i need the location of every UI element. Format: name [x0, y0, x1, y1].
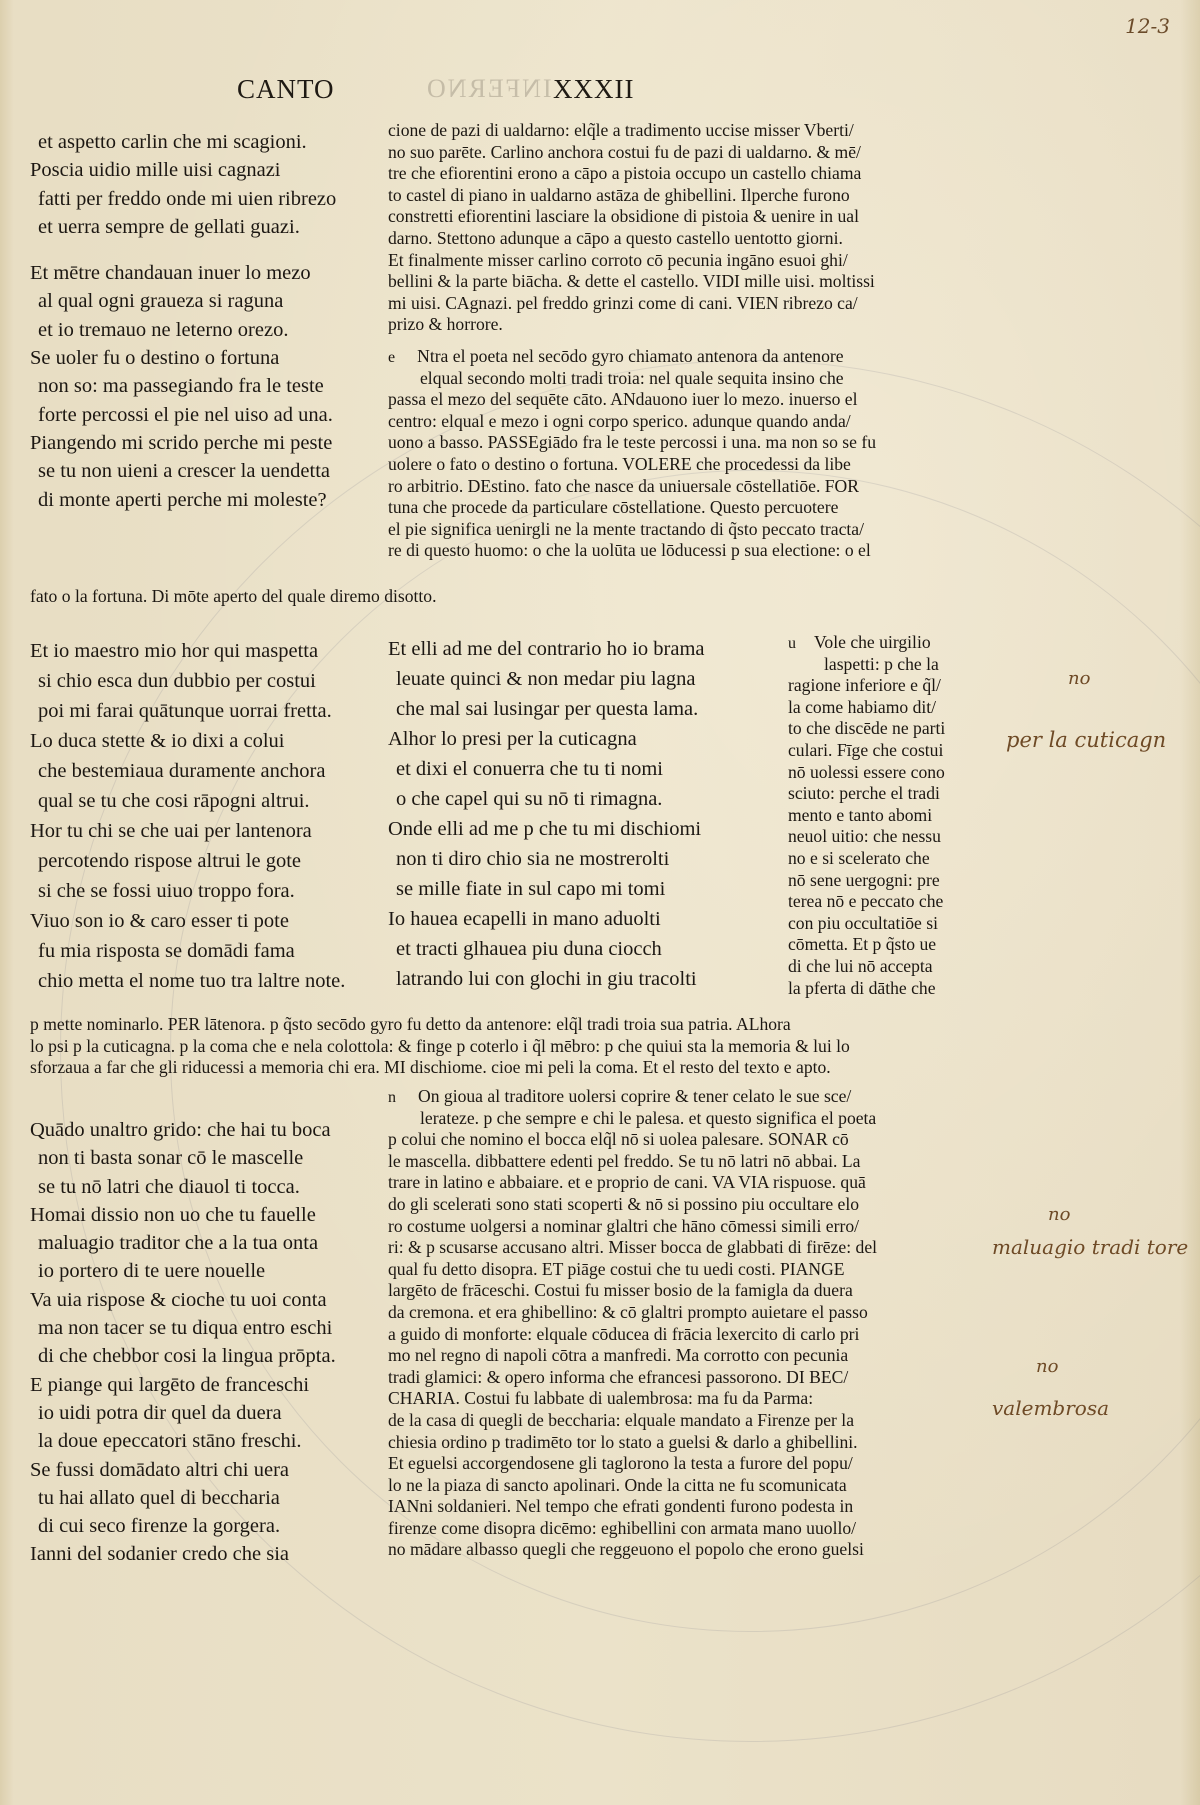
verse-line: ma non tacer se tu diqua entro eschi	[30, 1314, 336, 1342]
commentary-line: ro arbitrio. DEstino. fato che nasce da …	[388, 476, 876, 498]
guide-letter: n	[388, 1089, 396, 1106]
commentary-line: firenze come disopra dicēmo: eghibellini…	[388, 1518, 877, 1540]
verse-line: fatti per freddo onde mi uien ribrezo	[30, 185, 336, 213]
verse-line: percotendo rispose altrui le gote	[30, 846, 345, 876]
verse-line: Poscia uidio mille uisi cagnazi	[30, 156, 336, 184]
verse-line: o che capel qui su nō ti rimagna.	[388, 784, 705, 814]
commentary-line: sciuto: perche el tradi	[788, 783, 945, 805]
marginal-note-abbrev: no	[1036, 1356, 1058, 1377]
verse-line: Et io maestro mio hor qui maspetta	[30, 636, 345, 666]
verse-line: et dixi el conuerra che tu ti nomi	[388, 754, 705, 784]
commentary-line: lo ne la piaza di sancto apolinari. Onde…	[388, 1475, 877, 1497]
commentary-line: constretti efiorentini lasciare la obsid…	[388, 206, 875, 228]
commentary-line: Vole che uirgilio	[814, 632, 931, 652]
marginal-note: per la cuticagn	[1006, 728, 1166, 752]
commentary-line: trare in latino e abbaiare. et e proprio…	[388, 1172, 877, 1194]
commentary-line: la come habiamo dit/	[788, 697, 945, 719]
verse-line: poi mi farai quātunque uorrai fretta.	[30, 696, 345, 726]
commentary-line: lo psi p la cuticagna. p la coma che e n…	[30, 1036, 850, 1058]
commentary-line: tuna che procede da particulare cōstella…	[388, 497, 876, 519]
commentary-full-width-line: fato o la fortuna. Di mōte aperto del qu…	[30, 586, 437, 608]
verse-line: se tu nō latri che diauol ti tocca.	[30, 1173, 336, 1201]
commentary-block-3: p mette nominarlo. PER lātenora. p q̃sto…	[30, 1014, 850, 1079]
commentary-line: le mascella. dibbattere edenti pel fredd…	[388, 1151, 877, 1173]
verse-line: Se uoler fu o destino o fortuna	[30, 344, 336, 372]
verse-block-3: Quādo unaltro grido: che hai tu boca non…	[30, 1116, 336, 1569]
commentary-block-1: cione de pazi di ualdarno: elq̃le a trad…	[388, 120, 875, 336]
commentary-line: de la casa di quegli de beccharia: elqua…	[388, 1410, 877, 1432]
verse-line: Piangendo mi scrido perche mi peste	[30, 429, 336, 457]
running-head-bleed-through: INFERNO	[425, 74, 552, 104]
commentary-line: p colui che nomino el bocca elq̃l nō si …	[388, 1129, 877, 1151]
verse-line: di che chebbor cosi la lingua prōpta.	[30, 1342, 336, 1370]
verse-line: la doue epeccatori stāno freschi.	[30, 1427, 336, 1455]
commentary-line: do gli scelerati sono stati scoperti & n…	[388, 1194, 877, 1216]
commentary-line: On gioua al traditore uolersi coprire & …	[418, 1086, 851, 1106]
commentary-line: re di questo huomo: o che la uolūta ue l…	[388, 540, 876, 562]
verse-line: non so: ma passegiando fra le teste	[30, 372, 336, 400]
commentary-line: el pie significa uenirgli ne la mente tr…	[388, 519, 876, 541]
verse-line: et tracti glhauea piu duna ciocch	[388, 934, 705, 964]
guide-letter: u	[788, 635, 796, 652]
commentary-line: a guido di monforte: elquale cōducea di …	[388, 1324, 877, 1346]
verse-block-1: et aspetto carlin che mi scagioni. Posci…	[30, 128, 336, 514]
verse-line: chio metta el nome tuo tra laltre note.	[30, 966, 345, 996]
verse-line: Onde elli ad me p che tu mi dischiomi	[388, 814, 705, 844]
verse-line: se mille fiate in sul capo mi tomi	[388, 874, 705, 904]
commentary-line: di che lui nō accepta	[788, 956, 945, 978]
commentary-line: neuol uitio: che nessu	[788, 826, 945, 848]
marginal-note: maluagio tradi tore	[992, 1232, 1192, 1262]
commentary-line: culari. Fīge che costui	[788, 740, 945, 762]
commentary-block-4: nOn gioua al traditore uolersi coprire &…	[388, 1086, 877, 1561]
commentary-line: darno. Stettono adunque a cāpo a questo …	[388, 228, 875, 250]
verse-line: Viuo son io & caro esser ti pote	[30, 906, 345, 936]
commentary-line: tre che efiorentini erono a cāpo a pisto…	[388, 163, 875, 185]
commentary-line: cione de pazi di ualdarno: elq̃le a trad…	[388, 120, 875, 142]
verse-line: maluagio traditor che a la tua onta	[30, 1229, 336, 1257]
verse-line: leuate quinci & non medar piu lagna	[388, 664, 705, 694]
guide-letter: e	[388, 349, 395, 366]
verse-block-2-left: Et io maestro mio hor qui maspetta si ch…	[30, 636, 345, 996]
verse-line: che mal sai lusingar per questa lama.	[388, 694, 705, 724]
verse-line: Lo duca stette & io dixi a colui	[30, 726, 345, 756]
commentary-line: mi uisi. CAgnazi. pel freddo grinzi come…	[388, 293, 875, 315]
commentary-line: Et eguelsi accorgendosene gli taglorono …	[388, 1453, 877, 1475]
verse-line: non ti diro chio sia ne mostrerolti	[388, 844, 705, 874]
commentary-line: IANni soldanieri. Nel tempo che efrati g…	[388, 1496, 877, 1518]
verse-line: Quādo unaltro grido: che hai tu boca	[30, 1116, 336, 1144]
verse-line: Et mētre chandauan inuer lo mezo	[30, 259, 336, 287]
commentary-line: Et finalmente misser carlino corroto cō …	[388, 250, 875, 272]
commentary-line: sforzaua a far che gli riducessi a memor…	[30, 1057, 850, 1079]
commentary-line: ragione inferiore e q̃l/	[788, 675, 945, 697]
verse-line: Alhor lo presi per la cuticagna	[388, 724, 705, 754]
commentary-line: qual fu detto disopra. ET piāge costui c…	[388, 1259, 877, 1281]
commentary-line: centro: elqual e mezo i ogni corpo speri…	[388, 411, 876, 433]
commentary-block-2: eNtra el poeta nel secōdo gyro chiamato …	[388, 346, 876, 562]
verse-line: qual se tu che cosi rāpogni altrui.	[30, 786, 345, 816]
verse-line: E piange qui largēto de franceschi	[30, 1371, 336, 1399]
marginal-note-abbrev: no	[1068, 668, 1090, 689]
verse-line: al qual ogni graueza si raguna	[30, 287, 336, 315]
marginal-note: valembrosa	[992, 1396, 1109, 1420]
verse-line: Se fussi domādato altri chi uera	[30, 1456, 336, 1484]
commentary-line: terea nō e peccato che	[788, 891, 945, 913]
commentary-line: ri: & p scusarse accusano altri. Misser …	[388, 1237, 877, 1259]
commentary-line: largēto de frāceschi. Costui fu misser b…	[388, 1280, 877, 1302]
commentary-line: to castel di piano in ualdarno astāza de…	[388, 185, 875, 207]
verse-line: et uerra sempre de gellati guazi.	[30, 213, 336, 241]
commentary-line: tradi glamici: & opero informa che efran…	[388, 1367, 877, 1389]
commentary-line: uolere o fato o destino o fortuna. VOLER…	[388, 454, 876, 476]
commentary-line: elqual secondo molti tradi troia: nel qu…	[388, 368, 876, 390]
verse-line: si che se fossi uiuo troppo fora.	[30, 876, 345, 906]
verse-line: io uidi potra dir quel da duera	[30, 1399, 336, 1427]
folio-mark: 12-3	[1125, 14, 1170, 38]
commentary-line: cōmetta. Et p q̃sto ue	[788, 934, 945, 956]
verse-line: di cui seco firenze la gorgera.	[30, 1512, 336, 1540]
commentary-line: nō uolessi essere cono	[788, 762, 945, 784]
commentary-line: p mette nominarlo. PER lātenora. p q̃sto…	[30, 1014, 850, 1036]
verse-line: Hor tu chi se che uai per lantenora	[30, 816, 345, 846]
commentary-line: mento e tanto abomi	[788, 805, 945, 827]
verse-line: et io tremauo ne leterno orezo.	[30, 316, 336, 344]
commentary-line: no mādare albasso quegli che reggeuono e…	[388, 1539, 877, 1561]
verse-line: fu mia risposta se domādi fama	[30, 936, 345, 966]
commentary-line: con piu occultatiōe si	[788, 913, 945, 935]
commentary-line: no e si scelerato che	[788, 848, 945, 870]
verse-line: Et elli ad me del contrario ho io brama	[388, 634, 705, 664]
commentary-line: prizo & horrore.	[388, 314, 875, 336]
commentary-line: uono a basso. PASSEgiādo fra le teste pe…	[388, 432, 876, 454]
verse-line: Ianni del sodanier credo che sia	[30, 1540, 336, 1568]
verse-line: non ti basta sonar cō le mascelle	[30, 1144, 336, 1172]
commentary-line: laspetti: p che la	[788, 654, 945, 676]
verse-line: latrando lui con glochi in giu tracolti	[388, 964, 705, 994]
commentary-line: passa el mezo del sequēte cāto. ANdauono…	[388, 389, 876, 411]
verse-line: si chio esca dun dubbio per costui	[30, 666, 345, 696]
verse-line: et aspetto carlin che mi scagioni.	[30, 128, 336, 156]
commentary-line: ro costume uolgersi a nominar glaltri ch…	[388, 1216, 877, 1238]
marginal-note-abbrev: no	[1048, 1204, 1070, 1225]
verse-line: tu hai allato quel di beccharia	[30, 1484, 336, 1512]
commentary-line: lerateze. p che sempre e chi le palesa. …	[388, 1108, 877, 1130]
commentary-narrow-column: uVole che uirgilio laspetti: p che la ra…	[788, 632, 945, 999]
commentary-line: to che discēde ne parti	[788, 718, 945, 740]
running-head-number: XXXII	[553, 74, 634, 105]
commentary-line: chiesia ordino p tradimēto tor lo stato …	[388, 1432, 877, 1454]
verse-line: Io hauea ecapelli in mano aduolti	[388, 904, 705, 934]
verse-block-2-middle: Et elli ad me del contrario ho io brama …	[388, 634, 705, 994]
stanza-gap	[30, 241, 336, 259]
verse-line: che bestemiaua duramente anchora	[30, 756, 345, 786]
commentary-line: no suo parēte. Carlino anchora costui fu…	[388, 142, 875, 164]
commentary-line: la pferta di dāthe che	[788, 978, 945, 1000]
verse-line: forte percossi el pie nel uiso ad una.	[30, 401, 336, 429]
commentary-line: Ntra el poeta nel secōdo gyro chiamato a…	[417, 346, 843, 366]
commentary-line: da cremona. et era ghibellino: & cō glal…	[388, 1302, 877, 1324]
verse-line: Va uia rispose & cioche tu uoi conta	[30, 1286, 336, 1314]
verse-line: se tu non uieni a crescer la uendetta	[30, 457, 336, 485]
commentary-line: CHARIA. Costui fu labbate di ualembrosa:…	[388, 1388, 877, 1410]
commentary-line: nō sene uergogni: pre	[788, 870, 945, 892]
commentary-line: bellini & la parte biācha. & dette el ca…	[388, 271, 875, 293]
verse-line: io portero di te uere nouelle	[30, 1257, 336, 1285]
verse-line: di monte aperti perche mi moleste?	[30, 486, 336, 514]
running-head-canto: CANTO	[237, 74, 335, 105]
commentary-line: mo nel regno di napoli cōtra a manfredi.…	[388, 1345, 877, 1367]
verse-line: Homai dissio non uo che tu fauelle	[30, 1201, 336, 1229]
